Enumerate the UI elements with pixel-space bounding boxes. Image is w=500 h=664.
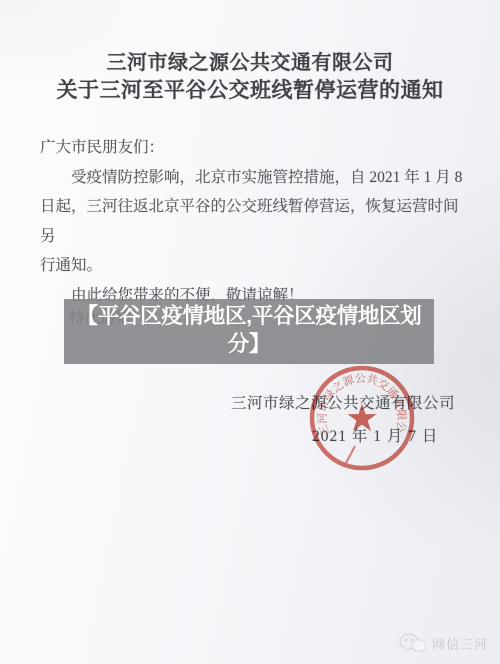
seal-ink-smudge <box>346 446 355 463</box>
watermark: 网信三河 <box>399 632 488 654</box>
caption-overlay-box: 【平谷区疫情地区,平谷区疫情地区划 分】 <box>64 299 434 364</box>
seal-graphic: 三河市绿之源公共交通有限公司 ★ <box>306 362 418 474</box>
caption-text-line1: 【平谷区疫情地区,平谷区疫情地区划 <box>77 302 422 330</box>
body-line: 行通知。 <box>40 251 466 281</box>
body-line: 日起，三河往返北京平谷的公交班线暂停营运，恢复运营时间另 <box>40 192 466 251</box>
notice-body: 广大市民朋友们： 受疫情防控影响，北京市实施管控措施，自 2021 年 1 月 … <box>40 133 466 310</box>
photographed-notice-document: 三河市绿之源公共交通有限公司 关于三河至平谷公交班线暂停运营的通知 广大市民朋友… <box>0 0 500 664</box>
notice-title-company: 三河市绿之源公共交通有限公司 <box>0 46 500 75</box>
seal-star-icon: ★ <box>345 398 379 440</box>
watermark-label: 网信三河 <box>432 634 488 653</box>
body-line: 受疫情防控影响，北京市实施管控措施，自 2021 年 1 月 8 <box>40 163 466 193</box>
company-seal-stamp: 三河市绿之源公共交通有限公司 ★ <box>306 362 418 474</box>
caption-text-line2: 分】 <box>228 330 270 358</box>
notice-title-subject: 关于三河至平谷公交班线暂停运营的通知 <box>0 74 500 104</box>
salutation: 广大市民朋友们： <box>40 133 466 163</box>
wechat-logo-icon <box>399 633 427 653</box>
